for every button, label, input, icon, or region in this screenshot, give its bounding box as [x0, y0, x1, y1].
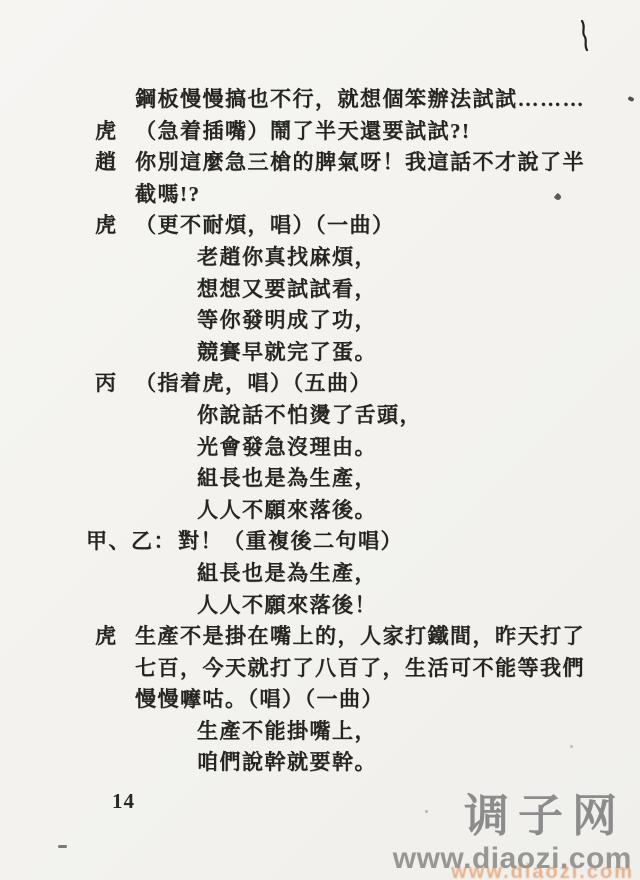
speaker-label: 虎 — [95, 210, 135, 242]
dialogue-continuation-line: 鋼板慢慢搞也不行，就想個笨辦法試試……… — [0, 84, 640, 116]
verse-text: 生產不能掛嘴上， — [197, 716, 377, 748]
verse-text: 老趙你真找麻煩， — [197, 242, 377, 274]
verse-text: 組長也是為生產， — [197, 463, 377, 495]
ink-stroke-mark — [578, 20, 594, 52]
watermark-site-name: 调子网 — [393, 793, 626, 838]
speaker-label: 甲、乙： — [86, 526, 176, 558]
dialogue-text: 截嗎!? — [135, 179, 201, 211]
speaker-label: 丙 — [95, 368, 135, 400]
verse-text: 競賽早就完了蛋。 — [197, 337, 377, 369]
verse-text: 人人不願來落後！ — [197, 590, 377, 622]
dialogue-text: 慢慢嚤咕。（唱）（一曲） — [135, 684, 384, 716]
verse-line: 生產不能掛嘴上， — [0, 716, 640, 748]
dialogue-text: 生產不是掛在嘴上的，人家打鐵間，昨天打了 — [135, 621, 585, 653]
site-watermark: 调子网 www.diaozi.com www.diaozi.com — [393, 793, 632, 874]
verse-line: 組長也是為生產， — [0, 558, 640, 590]
dialogue-continuation-line: 慢慢嚤咕。（唱）（一曲） — [0, 684, 640, 716]
dialogue-continuation-line: 七百，今天就打了八百了，生活可不能等我們 — [0, 653, 640, 685]
watermark-url-text: www.diaozi.com — [393, 842, 632, 875]
verse-text: 人人不願來落後。 — [197, 495, 377, 527]
scanned-book-page: 鋼板慢慢搞也不行，就想個笨辦法試試……… 虎 （急着插嘴）鬧了半天還要試試?! … — [0, 0, 640, 880]
verse-line: 光會發急沒理由。 — [0, 432, 640, 464]
verse-text: 想想又要試試看， — [197, 274, 377, 306]
ink-speck — [570, 745, 573, 748]
verse-text: 咱們說幹就要幹。 — [197, 747, 377, 779]
dialogue-text: 七百，今天就打了八百了，生活可不能等我們 — [135, 653, 585, 685]
verse-line: 老趙你真找麻煩， — [0, 242, 640, 274]
dialogue-line: 虎 生產不是掛在嘴上的，人家打鐵間，昨天打了 — [0, 621, 640, 653]
dialogue-line: 趙 你別這麼急三槍的脾氣呀！我這話不才說了半 — [0, 147, 640, 179]
verse-text: 組長也是為生產， — [197, 558, 377, 590]
verse-text: 等你發明成了功， — [197, 305, 377, 337]
dialogue-text: 你別這麼急三槍的脾氣呀！我這話不才說了半 — [135, 147, 585, 179]
speaker-label: 虎 — [95, 116, 135, 148]
verse-line: 等你發明成了功， — [0, 305, 640, 337]
verse-line: 咱們說幹就要幹。 — [0, 747, 640, 779]
dialogue-text: （指着虎，唱）（五曲） — [135, 368, 372, 400]
dialogue-text: 鋼板慢慢搞也不行，就想個笨辦法試試……… — [135, 84, 585, 116]
verse-line: 組長也是為生產， — [0, 463, 640, 495]
verse-line: 你說話不怕燙了舌頭， — [0, 400, 640, 432]
dialogue-line: 甲、乙： 對！（重複後二句唱） — [0, 526, 640, 558]
page-number: 14 — [112, 789, 135, 814]
dialogue-continuation-line: 截嗎!? — [0, 179, 640, 211]
speaker-label: 虎 — [95, 621, 135, 653]
dialogue-line: 虎 （更不耐煩，唱）（一曲） — [0, 210, 640, 242]
verse-line: 人人不願來落後。 — [0, 495, 640, 527]
ink-speck — [58, 845, 67, 848]
dialogue-text: （更不耐煩，唱）（一曲） — [135, 210, 395, 242]
verse-line: 人人不願來落後！ — [0, 590, 640, 622]
dialogue-text: （急着插嘴）鬧了半天還要試試?! — [135, 116, 471, 148]
verse-text: 你說話不怕燙了舌頭， — [197, 400, 422, 432]
dialogue-line: 虎 （急着插嘴）鬧了半天還要試試?! — [0, 116, 640, 148]
speaker-label: 趙 — [95, 147, 135, 179]
verse-line: 競賽早就完了蛋。 — [0, 337, 640, 369]
script-text-block: 鋼板慢慢搞也不行，就想個笨辦法試試……… 虎 （急着插嘴）鬧了半天還要試試?! … — [0, 84, 640, 779]
verse-text: 光會發急沒理由。 — [197, 432, 377, 464]
verse-line: 想想又要試試看， — [0, 274, 640, 306]
watermark-site-url: www.diaozi.com www.diaozi.com — [393, 844, 632, 874]
dialogue-text: 對！（重複後二句唱） — [178, 526, 403, 558]
ink-speck — [425, 810, 428, 813]
dialogue-line: 丙 （指着虎，唱）（五曲） — [0, 368, 640, 400]
